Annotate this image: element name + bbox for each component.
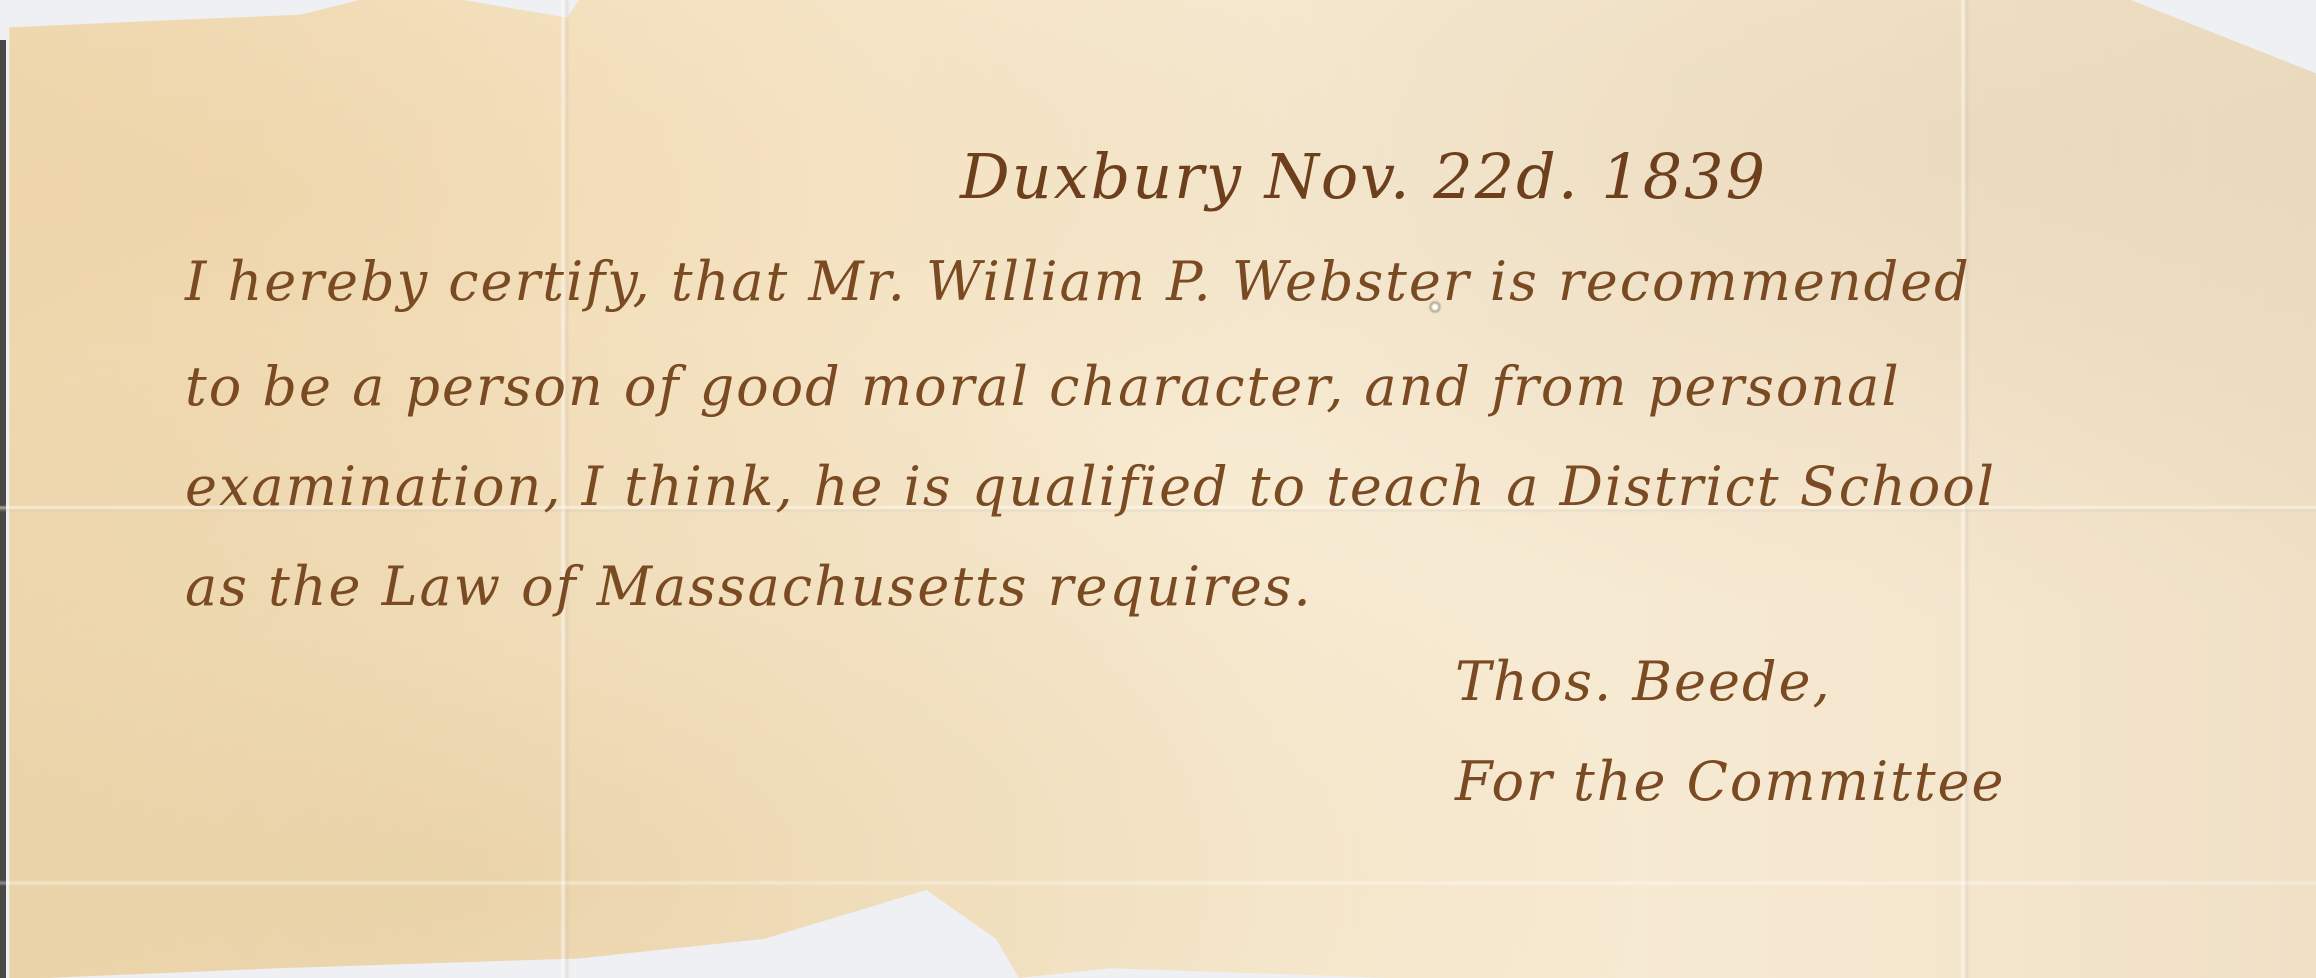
scan-stage: Duxbury Nov. 22d. 1839 I hereby certify,… [0,0,2316,978]
body-line: I hereby certify, that Mr. William P. We… [185,250,1971,313]
body-line: as the Law of Massachusetts requires. [185,555,1313,618]
signature-title: For the Committee [1455,750,2005,813]
dateline: Duxbury Nov. 22d. 1839 [960,140,1767,213]
fold-crease [0,880,2316,886]
signature-name: Thos. Beede, [1455,650,1832,713]
body-line: examination, I think, he is qualified to… [185,455,1996,518]
body-line: to be a person of good moral character, … [185,355,1901,418]
